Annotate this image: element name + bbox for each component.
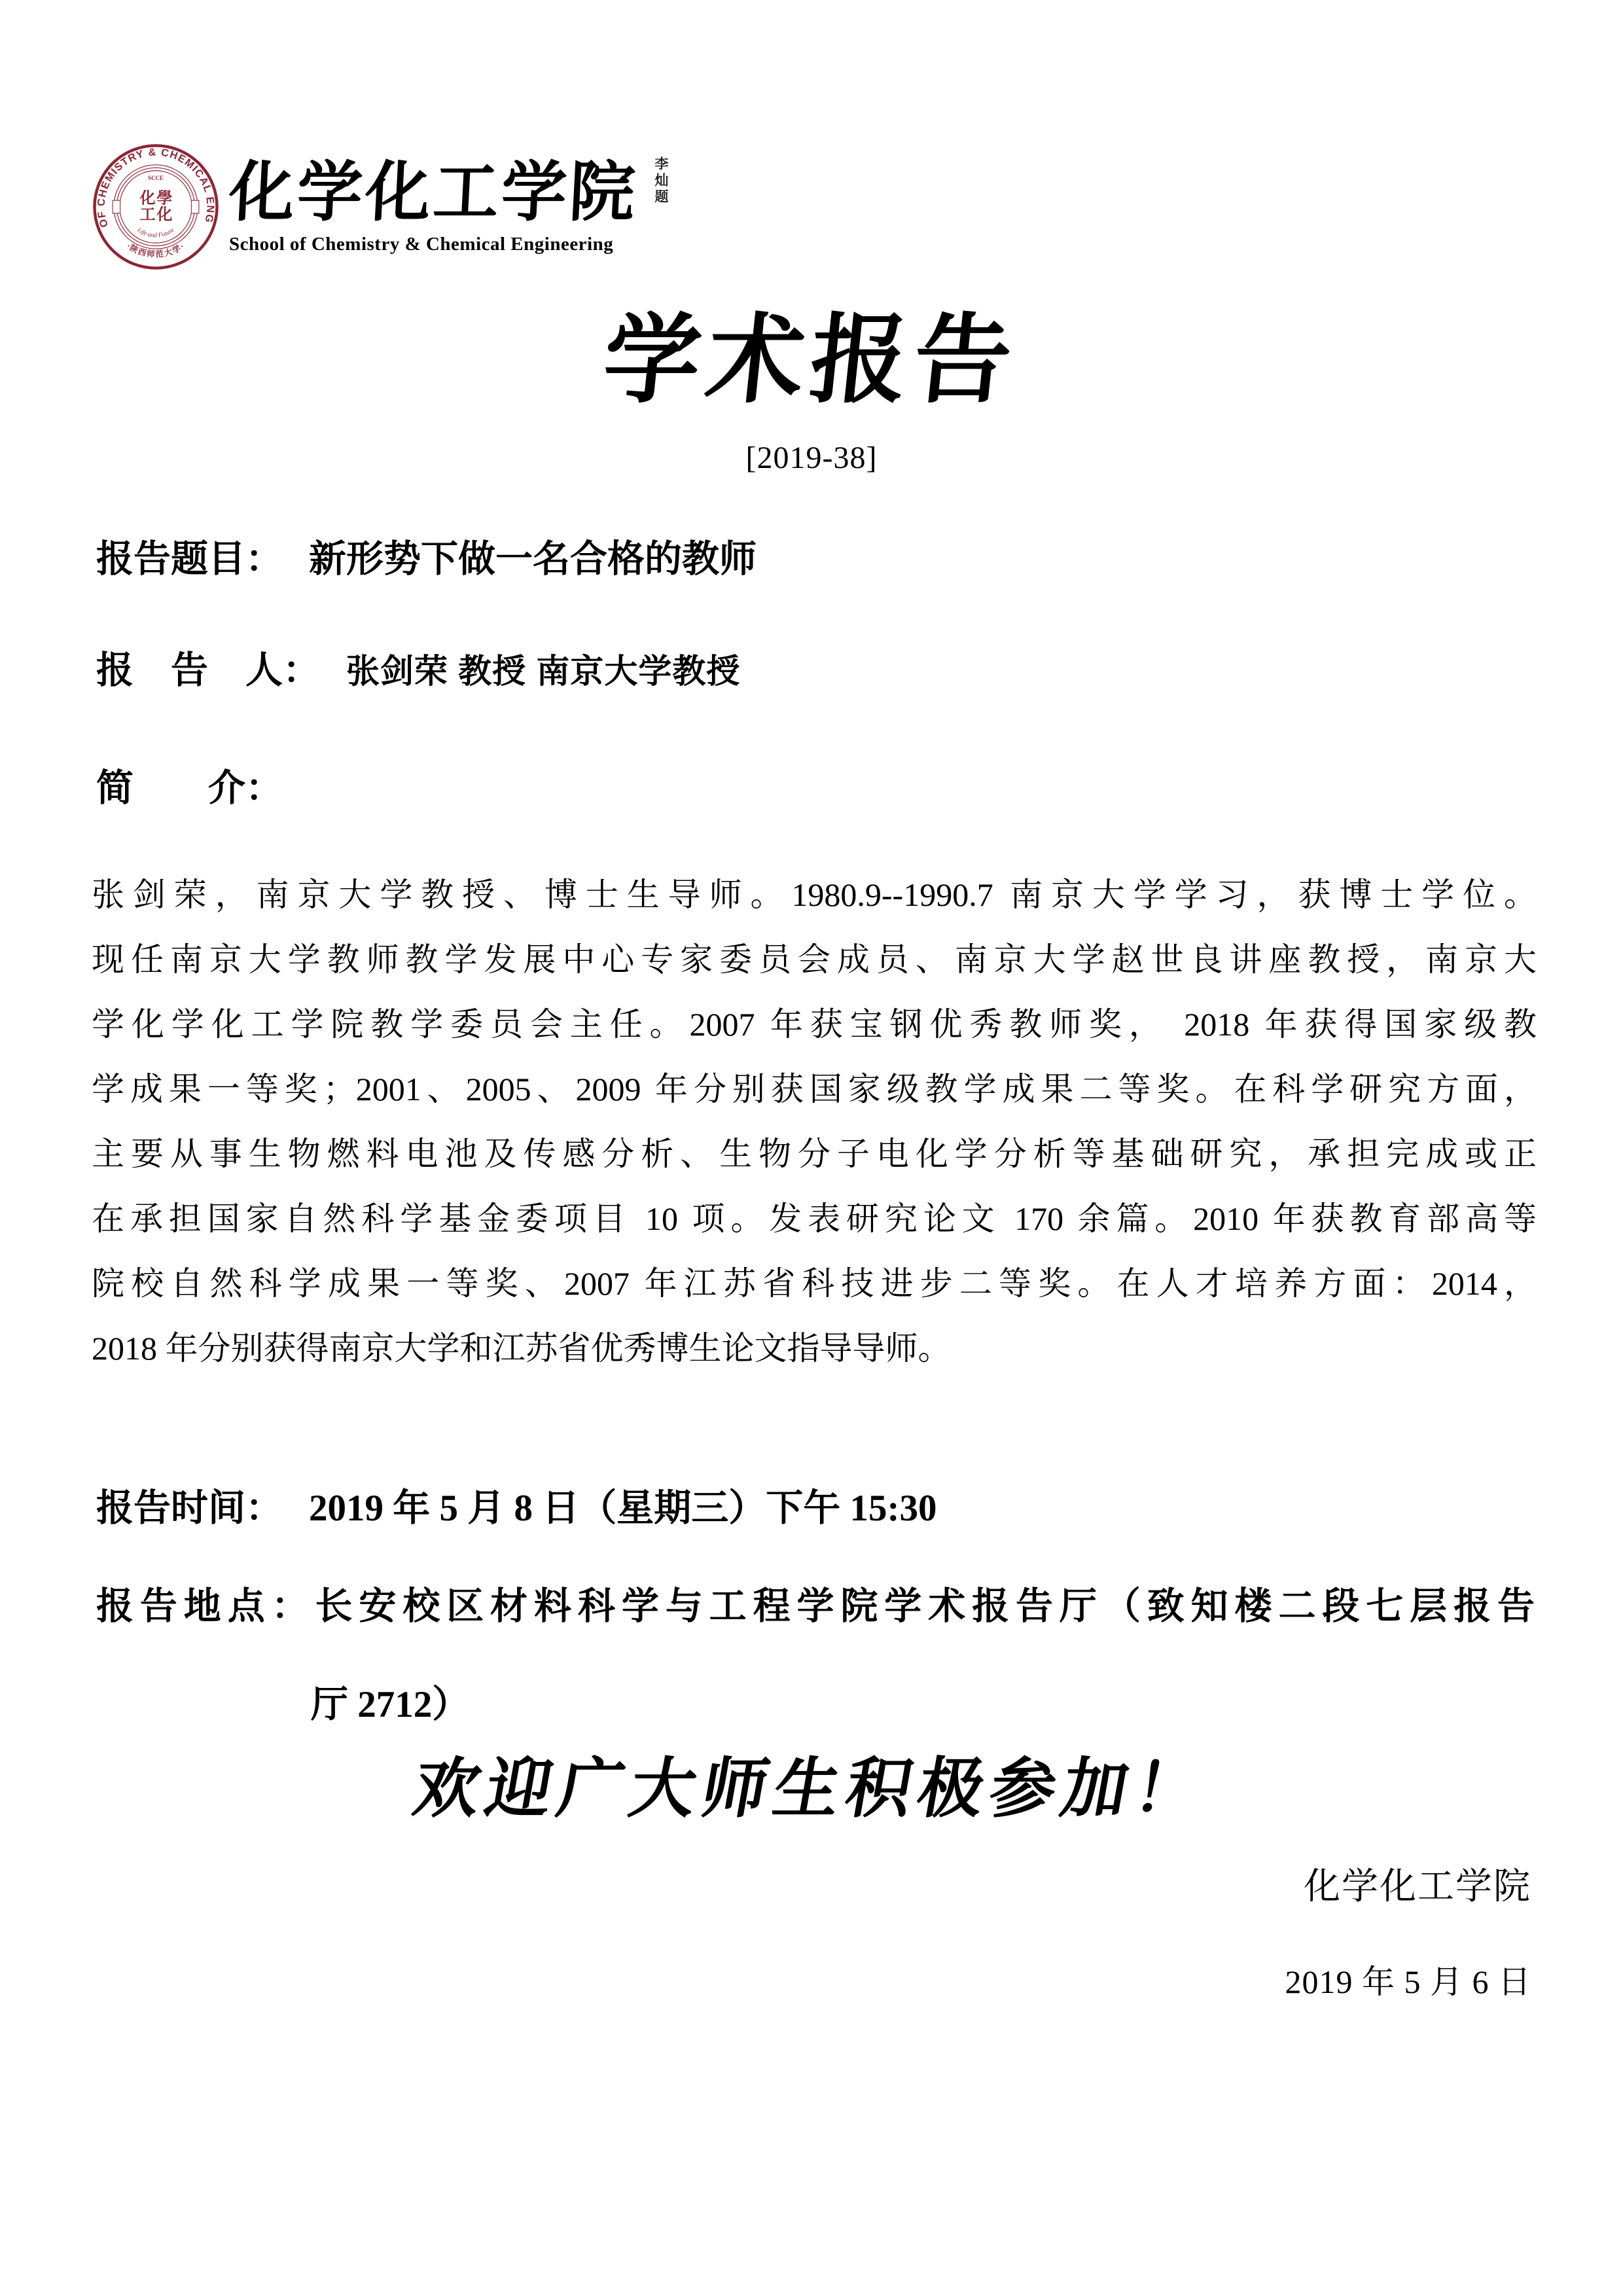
intro-line-2: 现任南京大学教师教学发展中心专家委员会成员、南京大学赵世良讲座教授，南京大 xyxy=(92,927,1537,992)
seal-emblem: 化 學 工 化 xyxy=(139,190,172,224)
speaker-text: 张剑荣 教授 南京大学教授 xyxy=(346,653,740,690)
footer-date: 2019 年 5 月 6 日 xyxy=(1285,1956,1532,2003)
intro-line-6: 在承担国家自然科学基金委项目 10 项。发表研究论文 170 余篇。2010 年… xyxy=(92,1187,1537,1251)
time-line: 报告时间：2019 年 5 月 8 日（星期三）下午 15:30 xyxy=(96,1478,1535,1532)
seal-university-text: ·陕西师范大学· xyxy=(125,241,187,259)
school-name-calligraphy: 化学化工学院 xyxy=(227,160,639,226)
intro-line-1: 张剑荣，南京大学教授、博士生导师。1980.9--1990.7 南京大学学习，获… xyxy=(92,863,1537,927)
intro-line-4: 学成果一等奖；2001、2005、2009 年分别获国家级教学成果二等奖。在科学… xyxy=(92,1057,1537,1122)
svg-text:學: 學 xyxy=(156,190,172,207)
intro-line-3: 学化学化工学院教学委员会主任。2007 年获宝钢优秀教师奖， 2018 年获得国… xyxy=(92,992,1537,1057)
speaker-label: 报 告 人： xyxy=(96,650,320,691)
school-seal-icon: SCHOOL OF CHEMISTRY & CHEMICAL ENGINEERI… xyxy=(92,143,220,271)
svg-text:工: 工 xyxy=(139,207,155,224)
venue-text-line1: 长安校区材料科学与工程学院学术报告厅（致知楼二段七层报告 xyxy=(315,1586,1535,1627)
seal-motto: Life and Future xyxy=(135,226,176,240)
intro-paragraph: 张剑荣，南京大学教授、博士生导师。1980.9--1990.7 南京大学学习，获… xyxy=(92,863,1537,1381)
intro-line-5: 主要从事生物燃料电池及传感分析、生物分子电化学分析等基础研究，承担完成或正 xyxy=(92,1122,1537,1187)
topic-text: 新形势下做一名合格的教师 xyxy=(309,539,757,580)
intro-label: 简 介： xyxy=(96,758,1535,812)
intro-line-8: 2018 年分别获得南京大学和江苏省优秀博生论文指导导师。 xyxy=(92,1316,1537,1381)
seal-left-ornament xyxy=(113,200,120,213)
school-name-block: 化学化工学院 School of Chemistry & Chemical En… xyxy=(229,160,637,254)
venue-text-line2: 厅 2712） xyxy=(311,1674,1535,1728)
svg-text:化: 化 xyxy=(139,190,155,207)
seal-right-ornament xyxy=(191,200,199,213)
school-logo-block: SCHOOL OF CHEMISTRY & CHEMICAL ENGINEERI… xyxy=(92,143,637,271)
topic-label: 报告题目： xyxy=(96,539,283,580)
venue-label: 报告地点： xyxy=(96,1586,315,1627)
time-text: 2019 年 5 月 8 日（星期三）下午 15:30 xyxy=(309,1488,936,1529)
welcome-message: 欢迎广大师生积极参加！ xyxy=(0,1736,1623,1830)
time-label: 报告时间： xyxy=(96,1488,283,1529)
intro-line-7: 院校自然科学成果一等奖、2007 年江苏省科技进步二等奖。在人才培养方面：201… xyxy=(92,1251,1537,1316)
footer-organization: 化学化工学院 xyxy=(1304,1857,1531,1910)
seminar-announcement-page: SCHOOL OF CHEMISTRY & CHEMICAL ENGINEERI… xyxy=(0,0,1623,2296)
svg-text:化: 化 xyxy=(156,206,172,224)
venue-line: 报告地点：长安校区材料科学与工程学院学术报告厅（致知楼二段七层报告 xyxy=(96,1576,1535,1630)
speaker-line: 报 告 人：张剑荣 教授 南京大学教授 xyxy=(96,640,1535,694)
seal-acronym: SCCE xyxy=(148,175,164,181)
page-title: 学术报告 xyxy=(0,283,1623,422)
calligrapher-signature: 李灿题 xyxy=(654,156,668,206)
topic-line: 报告题目：新形势下做一名合格的教师 xyxy=(96,529,1535,583)
school-name-english: School of Chemistry & Chemical Engineeri… xyxy=(229,235,637,254)
issue-number: [2019-38] xyxy=(0,440,1623,476)
